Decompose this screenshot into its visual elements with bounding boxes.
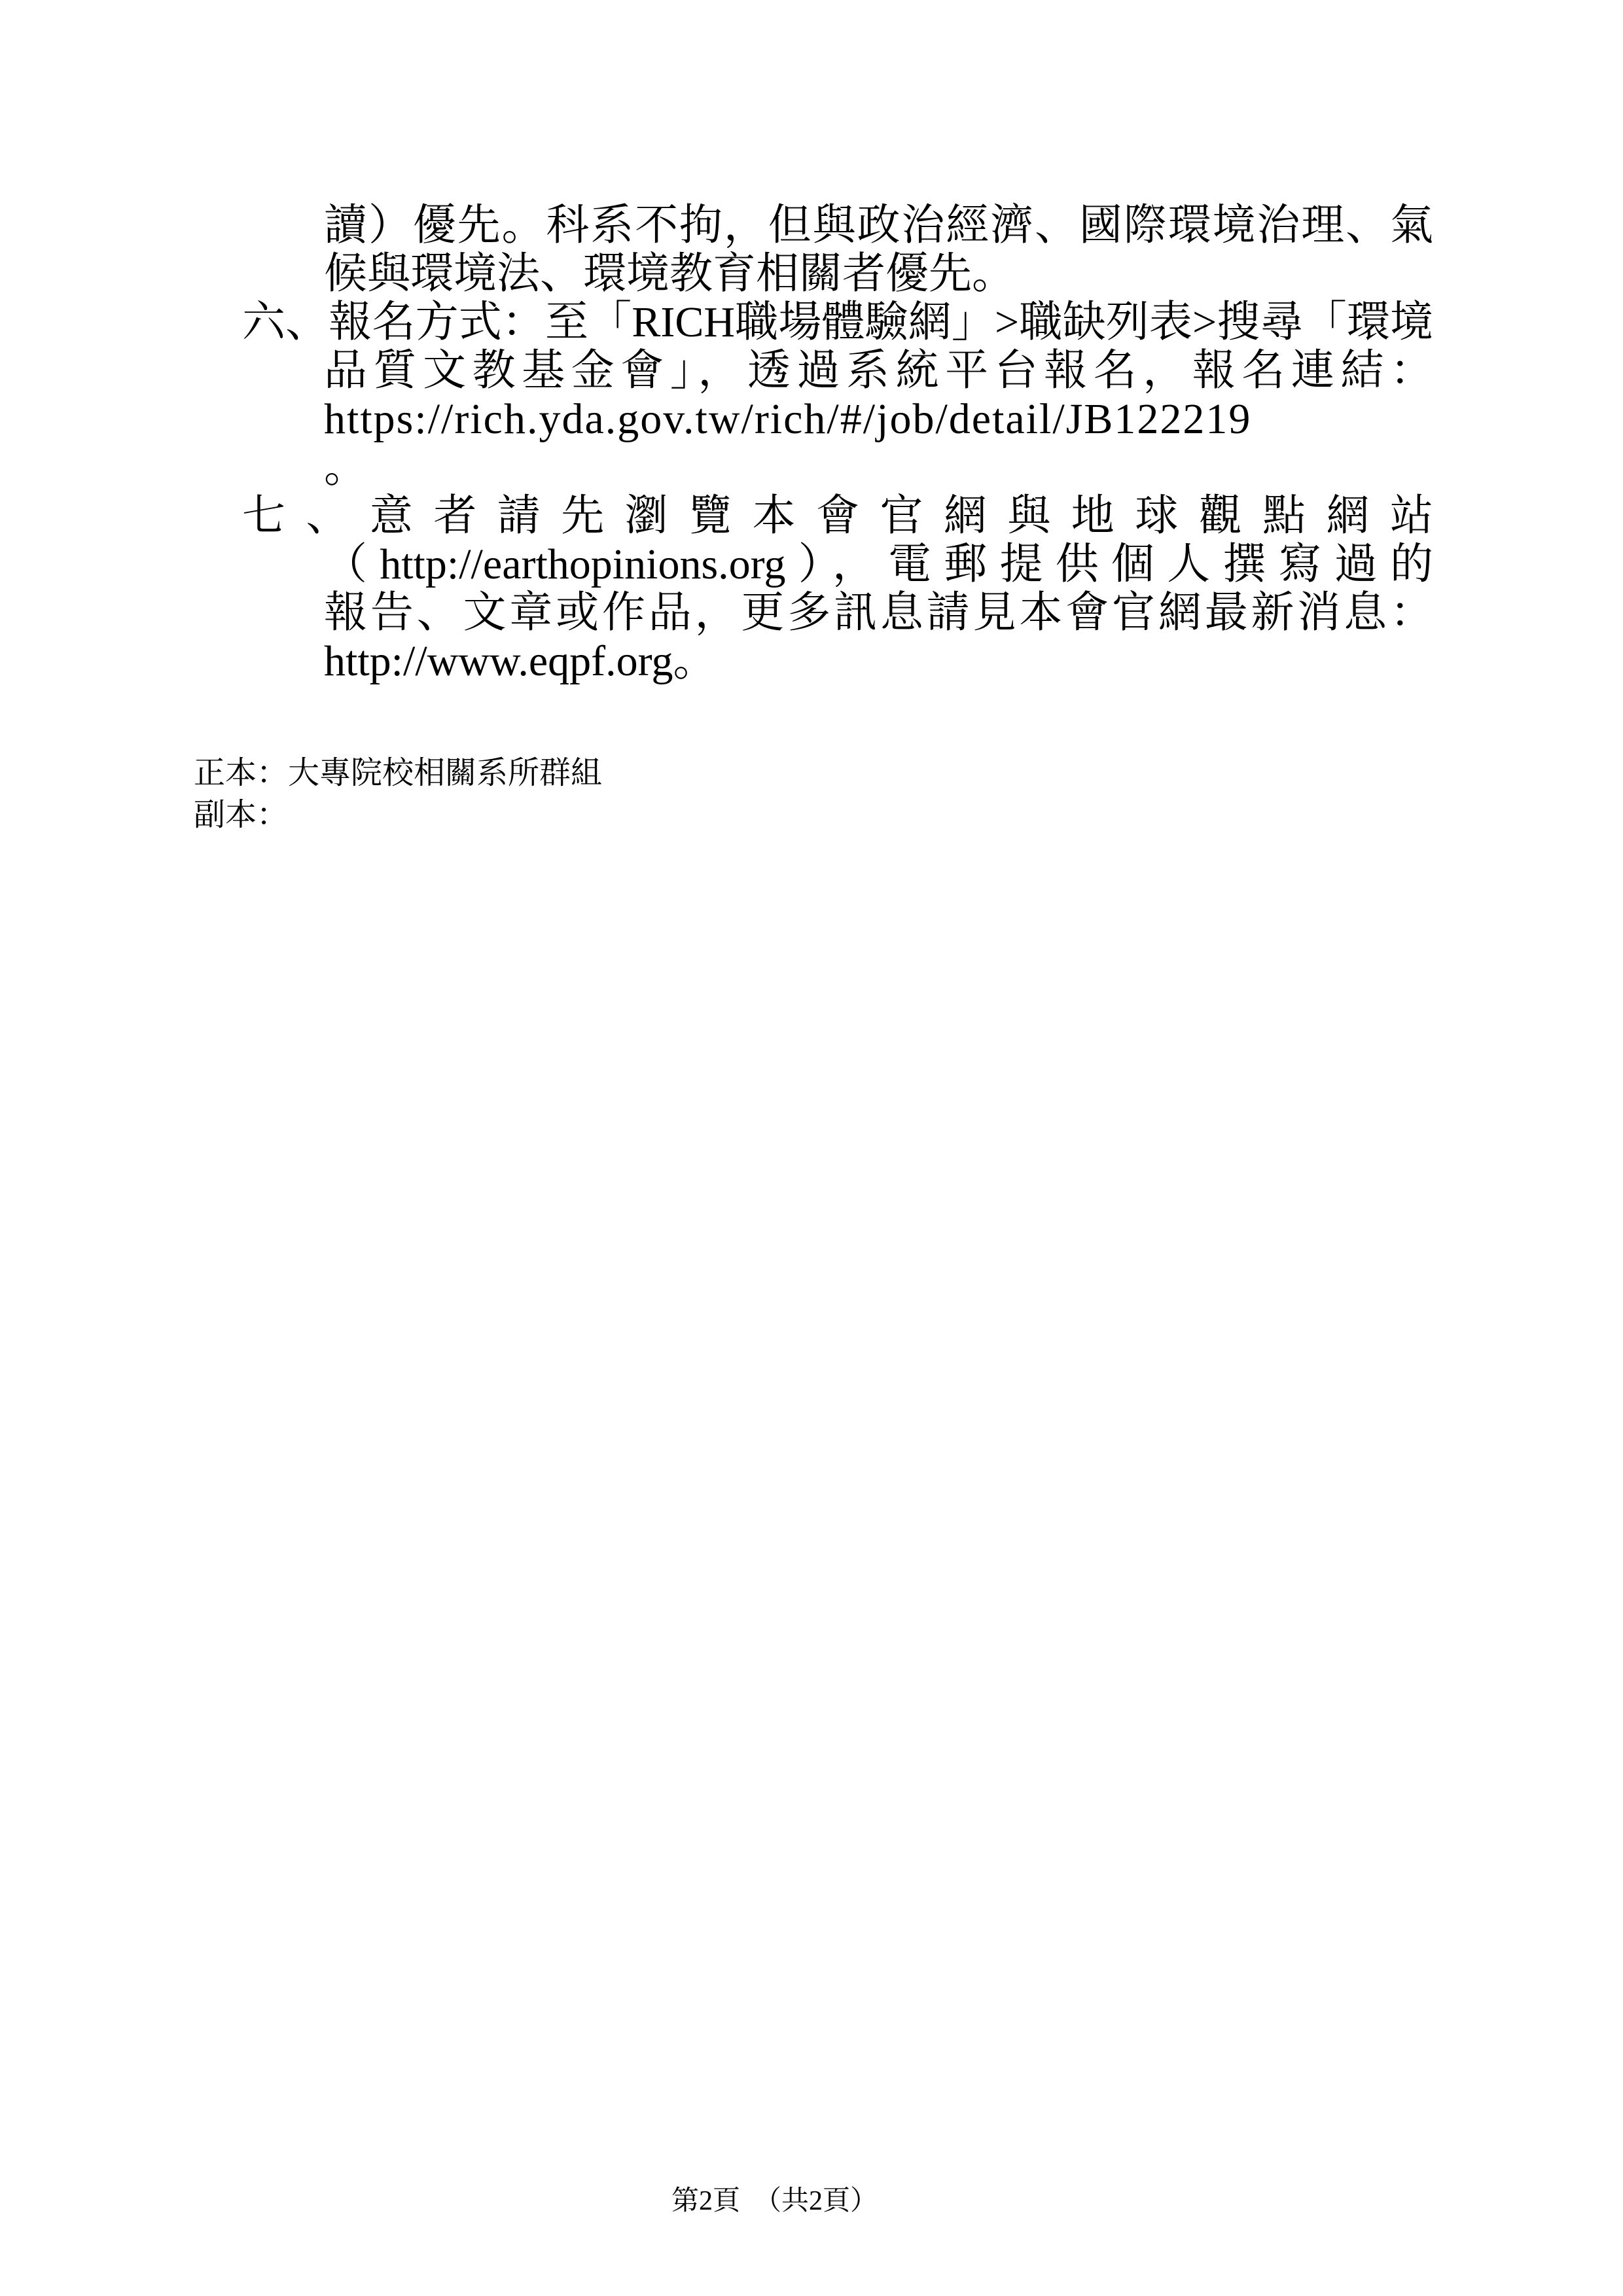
body-line-item7-url: http://www.eqpf.org。 <box>324 637 1433 686</box>
body-line-item7-continuation-1: （http://earthopinions.org），電郵提供個人撰寫過的 <box>324 540 1433 589</box>
body-line-item5-continuation-2: 候與環境法、環境教育相關者優先。 <box>324 250 1433 298</box>
body-line-item7-continuation-2: 報告、文章或作品，更多訊息請見本會官網最新消息： <box>324 589 1433 637</box>
body-line-item6-period: 。 <box>324 444 1433 492</box>
body-line-item7-start: 七、意者請先瀏覽本會官網與地球觀點網站 <box>242 492 1433 540</box>
original-recipient-line: 正本：大專院校相關系所群組 <box>194 752 602 794</box>
page-number-footer: 第2頁 （共2頁） <box>671 2184 878 2218</box>
body-line-item5-continuation-1: 讀）優先。科系不拘，但與政治經濟、國際環境治理、氣 <box>324 202 1433 250</box>
body-line-item6-start: 六、報名方式：至「RICH職場體驗網」>職缺列表>搜尋「環境 <box>242 298 1433 347</box>
document-page: 讀）優先。科系不拘，但與政治經濟、國際環境治理、氣 候與環境法、環境教育相關者優… <box>0 0 1623 2296</box>
body-line-item6-url: https://rich.yda.gov.tw/rich/#/job/detai… <box>324 395 1433 444</box>
body-line-item6-continuation: 品質文教基金會」，透過系統平台報名，報名連結： <box>324 347 1433 395</box>
letter-body: 讀）優先。科系不拘，但與政治經濟、國際環境治理、氣 候與環境法、環境教育相關者優… <box>242 202 1433 686</box>
distribution-block: 正本：大專院校相關系所群組 副本： <box>194 752 602 836</box>
carbon-copy-line: 副本： <box>194 794 602 836</box>
